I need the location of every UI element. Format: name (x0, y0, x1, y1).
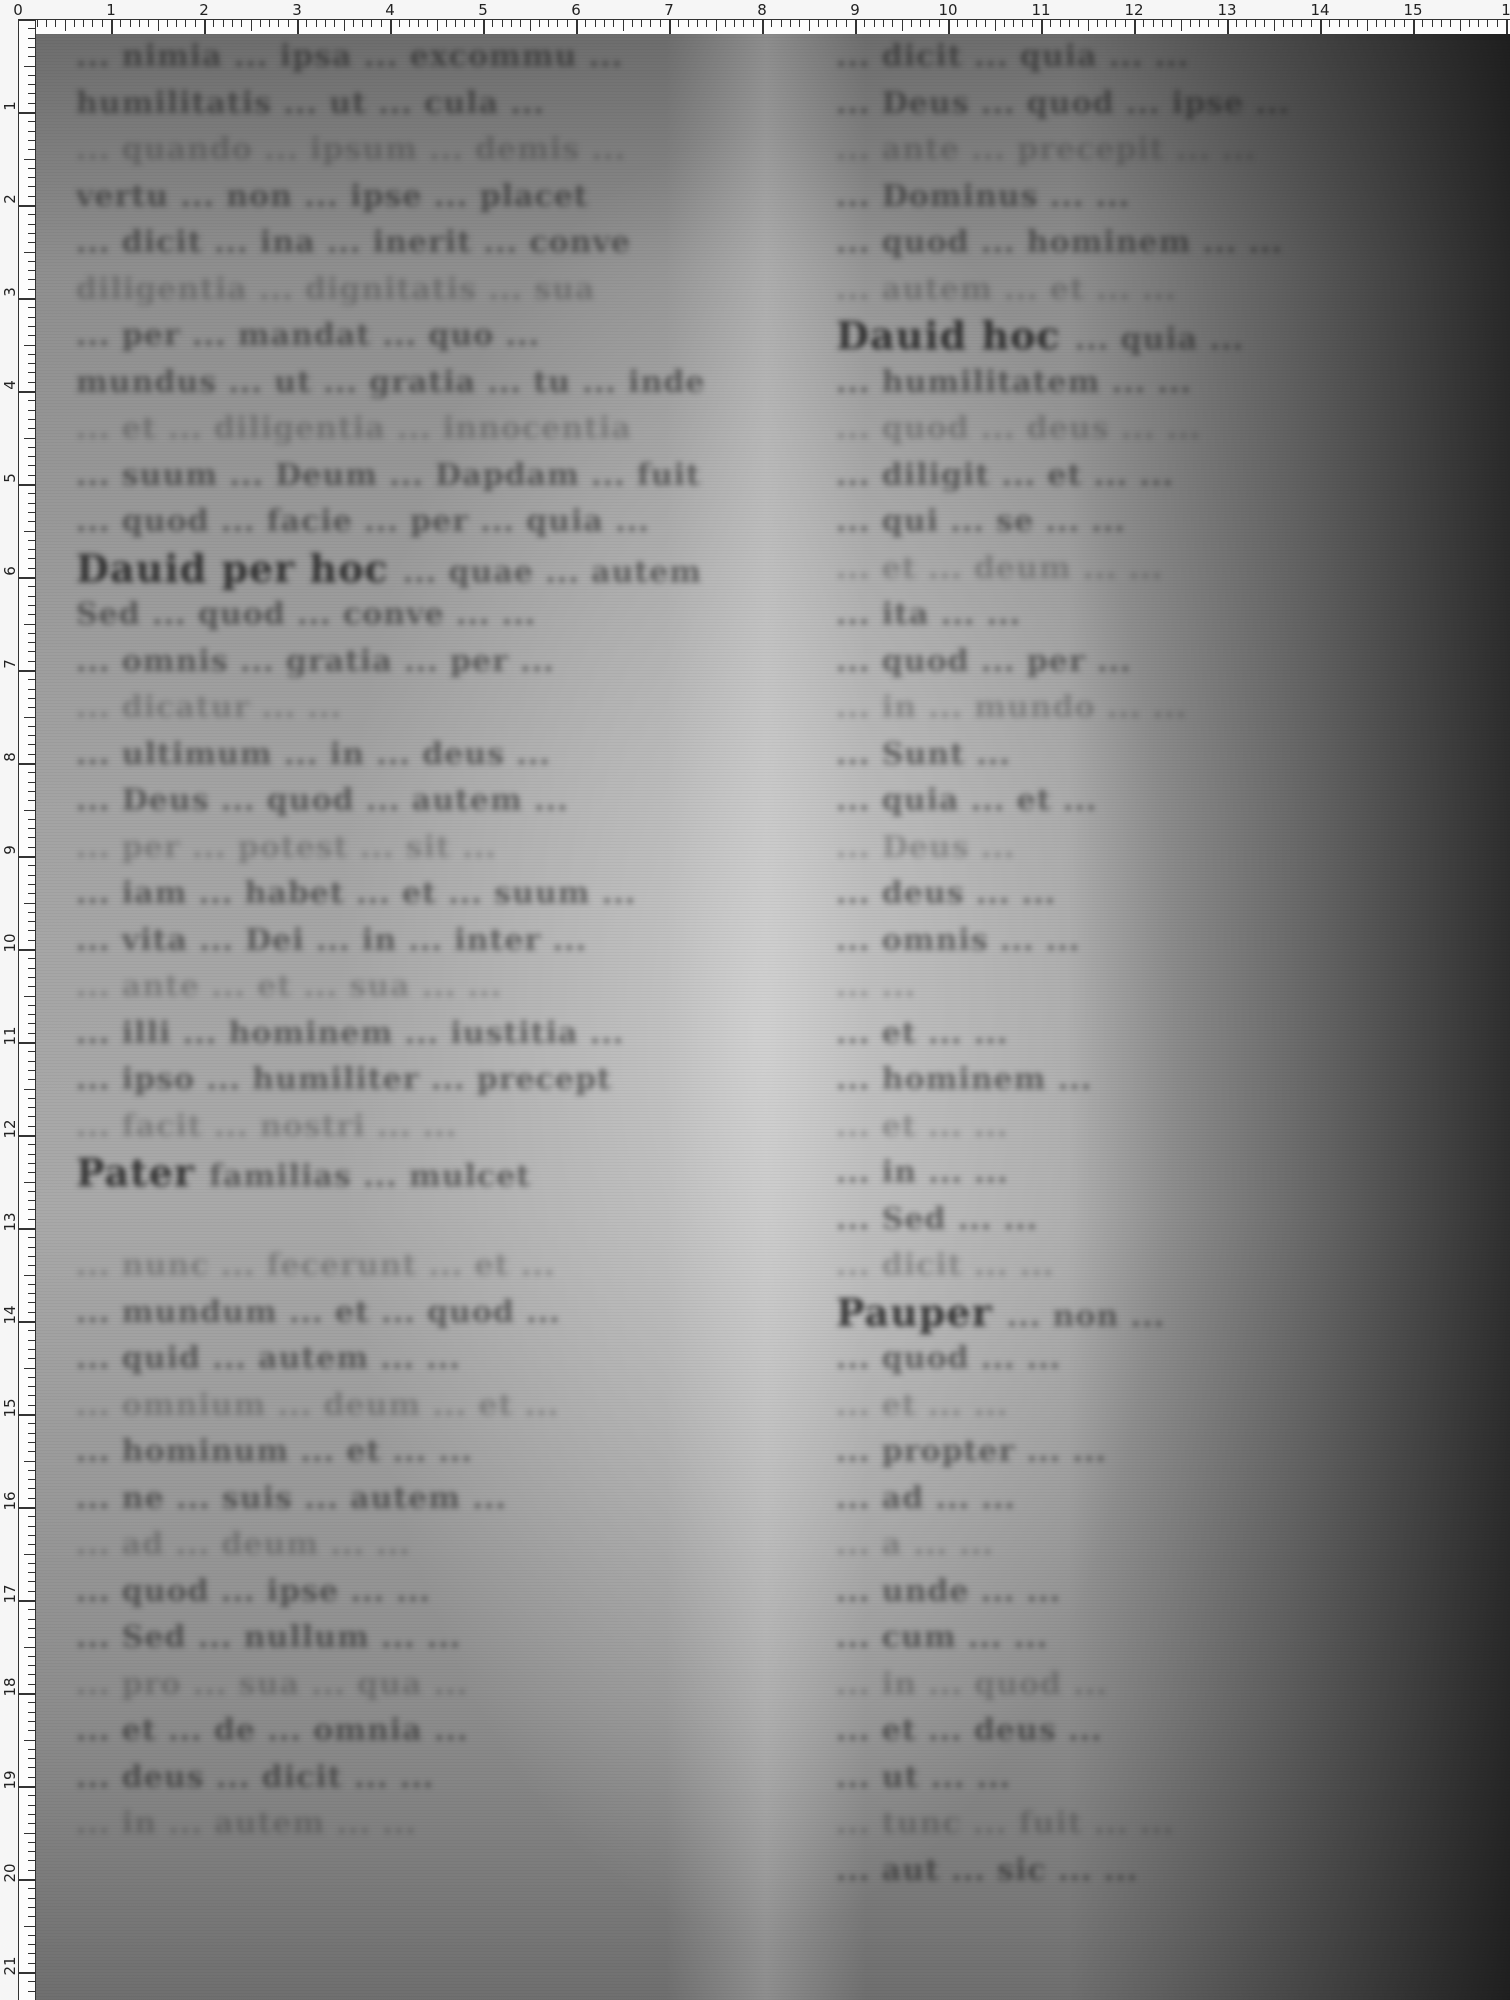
ruler-tick (28, 512, 35, 513)
ruler-tick (28, 1405, 35, 1406)
ruler-tick (185, 20, 186, 27)
ruler-tick (520, 20, 521, 27)
ruler-tick (28, 679, 35, 680)
ruler-tick (344, 20, 345, 31)
ruler-tick (278, 20, 279, 27)
ruler-tick (28, 1442, 35, 1443)
ruler-tick (28, 335, 35, 336)
ruler-tick (660, 20, 661, 27)
ruler-tick (1283, 20, 1284, 27)
ruler-tick (1432, 20, 1433, 27)
top-ruler-label: 1 (1501, 1, 1510, 19)
ruler-tick (28, 1098, 35, 1099)
ruler-tick (623, 20, 624, 31)
left-ruler-label: 13 (1, 1212, 19, 1232)
ruler-tick (725, 20, 726, 27)
ruler-tick (28, 75, 35, 76)
left-ruler-label: 11 (1, 1026, 19, 1046)
ruler-tick (995, 20, 996, 31)
ruler-tick (28, 428, 35, 429)
manuscript-line: ... hominem ... (836, 1057, 1476, 1104)
manuscript-line: ... propter ... ... (836, 1429, 1476, 1476)
ruler-tick (28, 1061, 35, 1062)
ruler-tick (1292, 20, 1293, 27)
top-ruler-label: 15 (1403, 1, 1422, 19)
manuscript-line: ... cum ... ... (836, 1615, 1476, 1662)
ruler-tick (1441, 20, 1442, 27)
ruler-tick (1013, 20, 1014, 27)
manuscript-line: ... quod ... ... (836, 1336, 1476, 1383)
ruler-tick (19, 1414, 35, 1416)
ruler-tick (28, 689, 35, 690)
manuscript-line: ... ad ... ... (836, 1476, 1476, 1523)
ruler-tick (28, 47, 35, 48)
ruler-tick (1404, 20, 1405, 27)
ruler-tick (28, 410, 35, 411)
ruler-tick (28, 1944, 35, 1945)
ruler-tick (28, 1284, 35, 1285)
ruler-tick (567, 20, 568, 27)
manuscript-line: ... quod ... per ... (836, 639, 1476, 686)
ruler-tick (1199, 20, 1200, 27)
ruler-tick (204, 20, 206, 35)
left-ruler-label: 21 (1, 1956, 19, 1976)
ruler-tick (28, 475, 35, 476)
manuscript-line: ... quod ... deus ... ... (836, 406, 1476, 453)
manuscript-line: ... Sunt ... (836, 732, 1476, 779)
heading-word: Dauid hoc (836, 313, 1075, 358)
left-ruler-label: 3 (1, 282, 19, 302)
manuscript-line: ... in ... mundo ... ... (836, 685, 1476, 732)
ruler-tick (28, 1219, 35, 1220)
rubric-heading: Dauid hoc ... quia ... (836, 313, 1476, 360)
top-ruler-label: 5 (478, 1, 488, 19)
ruler-tick (557, 20, 558, 27)
ruler-tick (28, 1051, 35, 1052)
ruler-tick (19, 856, 35, 858)
ruler-tick (28, 837, 35, 838)
ruler-tick (809, 20, 810, 31)
ruler-tick (28, 289, 35, 290)
ruler-tick (28, 1916, 35, 1917)
heading-word: Pater (76, 1150, 209, 1195)
ruler-tick (28, 930, 35, 931)
top-ruler-labels: 01234567891011121314151 (18, 0, 1510, 18)
ruler-tick (19, 763, 35, 765)
ruler-tick (19, 19, 35, 21)
ruler-tick (28, 103, 35, 104)
ruler-tick (1311, 20, 1312, 27)
ruler-tick (28, 1860, 35, 1861)
ruler-tick (706, 20, 707, 27)
ruler-tick (28, 1070, 35, 1071)
ruler-tick (28, 596, 35, 597)
left-ruler-label: 14 (1, 1305, 19, 1325)
ruler-tick (28, 149, 35, 150)
ruler-tick (28, 372, 35, 373)
ruler-tick (28, 1991, 35, 1992)
manuscript-line: ... Deus ... quod ... ipse ... (836, 81, 1476, 128)
ruler-tick (28, 1712, 35, 1713)
ruler-tick (604, 20, 605, 27)
top-ruler-label: 7 (664, 1, 674, 19)
ruler-tick (539, 20, 540, 27)
ruler-tick (28, 958, 35, 959)
ruler-tick (883, 20, 884, 27)
ruler-tick (28, 782, 35, 783)
ruler-tick (28, 1805, 35, 1806)
ruler-tick (818, 20, 819, 27)
ruler-tick (19, 298, 35, 300)
ruler-tick (28, 224, 35, 225)
ruler-tick (1413, 20, 1415, 35)
ruler-tick (362, 20, 363, 27)
ruler-tick (28, 912, 35, 913)
ruler-tick (46, 20, 47, 27)
ruler-tick (948, 20, 950, 35)
ruler-tick (28, 1330, 35, 1331)
ruler-tick (28, 419, 35, 420)
ruler-tick (28, 363, 35, 364)
left-ruler-label: 8 (1, 747, 19, 767)
ruler-tick (28, 1312, 35, 1313)
ruler-tick (28, 242, 35, 243)
ruler-tick (28, 540, 35, 541)
ruler-tick (28, 642, 35, 643)
ruler-tick (176, 20, 177, 27)
ruler-tick (1236, 20, 1237, 27)
left-ruler-label: 1 (1, 96, 19, 116)
ruler-tick (19, 949, 35, 951)
ruler-tick (1115, 20, 1116, 27)
ruler-tick (28, 865, 35, 866)
heading-continuation: ... quia ... (1075, 322, 1244, 357)
ruler-tick (28, 1349, 35, 1350)
manuscript-line: ... Dominus ... ... (836, 174, 1476, 221)
ruler-tick (28, 1963, 35, 1964)
ruler-tick (260, 20, 261, 27)
heading-continuation: familias ... mulcet (209, 1159, 531, 1194)
ruler-tick (28, 1172, 35, 1173)
manuscript-line: ... quia ... et ... (836, 778, 1476, 825)
left-text-column: ... nimia ... ipsa ... excommu ...humili… (76, 34, 706, 1848)
ruler-tick (28, 447, 35, 448)
ruler-tick (28, 875, 35, 876)
ruler-tick (19, 1507, 35, 1509)
ruler-tick (688, 20, 689, 27)
manuscript-line: ... in ... autem ... ... (76, 1801, 706, 1848)
ruler-tick (28, 400, 35, 401)
ruler-tick (1329, 20, 1330, 27)
manuscript-line: ... humilitatem ... ... (836, 360, 1476, 407)
ruler-tick (929, 20, 930, 27)
ruler-tick (148, 20, 149, 27)
ruler-tick (28, 661, 35, 662)
left-ruler-label: 20 (1, 1863, 19, 1883)
ruler-tick (790, 20, 791, 27)
ruler-tick (28, 1684, 35, 1685)
ruler-tick (28, 847, 35, 848)
ruler-tick (28, 754, 35, 755)
ruler-tick (28, 1033, 35, 1034)
ruler-tick (28, 549, 35, 550)
ruler-tick (511, 20, 512, 27)
left-ruler-label: 6 (1, 561, 19, 581)
ruler-tick (939, 20, 940, 27)
manuscript-line: ... Sed ... ... (836, 1197, 1476, 1244)
ruler-tick (28, 1265, 35, 1266)
ruler-tick (19, 1321, 35, 1323)
ruler-tick (232, 20, 233, 27)
ruler-tick (28, 38, 35, 39)
ruler-tick (28, 1200, 35, 1201)
ruler-tick (28, 307, 35, 308)
ruler-tick (1348, 20, 1349, 27)
ruler-tick (28, 1191, 35, 1192)
ruler-tick (678, 20, 679, 27)
left-ruler-label: 17 (1, 1584, 19, 1604)
manuscript-line: ... Deus ... (836, 825, 1476, 872)
ruler-tick (613, 20, 614, 27)
manuscript-line: ... quod ... hominem ... ... (836, 220, 1476, 267)
ruler-tick (28, 605, 35, 606)
manuscript-line: ... per ... potest ... sit ... (76, 825, 706, 872)
ruler-tick (1190, 20, 1191, 27)
ruler-tick (1032, 20, 1033, 27)
ruler-tick (28, 651, 35, 652)
ruler-tick (24, 1461, 35, 1462)
top-ruler-label: 9 (850, 1, 860, 19)
ruler-tick (483, 20, 485, 35)
ruler-tick (1181, 20, 1182, 31)
ruler-tick (28, 354, 35, 355)
ruler-tick (28, 1340, 35, 1341)
manuscript-line: ... ... (836, 964, 1476, 1011)
ruler-tick (28, 558, 35, 559)
ruler-tick (1134, 20, 1136, 35)
ruler-tick (28, 1777, 35, 1778)
ruler-tick (28, 1619, 35, 1620)
left-ruler-label: 2 (1, 189, 19, 209)
ruler-tick (19, 1786, 35, 1788)
manuscript-line: ... dicit ... quia ... ... (836, 34, 1476, 81)
ruler-tick (297, 20, 299, 35)
ruler-tick (28, 1767, 35, 1768)
ruler-tick (28, 1563, 35, 1564)
ruler-tick (697, 20, 698, 27)
manuscript-line: ... qui ... se ... ... (836, 499, 1476, 546)
ruler-tick (28, 465, 35, 466)
ruler-tick (1050, 20, 1051, 27)
ruler-tick (864, 20, 865, 27)
ruler-tick (1478, 20, 1479, 27)
ruler-tick (130, 20, 131, 27)
ruler-tick (28, 1433, 35, 1434)
manuscript-line: ... iam ... habet ... et ... suum ... (76, 871, 706, 918)
ruler-tick (28, 1535, 35, 1536)
ruler-tick (1004, 20, 1005, 27)
ruler-tick (28, 1154, 35, 1155)
ruler-tick (28, 1795, 35, 1796)
manuscript-line: vertu ... non ... ipse ... placet (76, 174, 706, 221)
manuscript-line: ... ante ... et ... sua ... ... (76, 964, 706, 1011)
ruler-tick (65, 20, 66, 31)
ruler-tick (28, 493, 35, 494)
ruler-tick (55, 20, 56, 27)
ruler-tick (976, 20, 977, 27)
heading-word: Pauper (836, 1290, 1007, 1335)
ruler-tick (781, 20, 782, 27)
ruler-tick (19, 1042, 35, 1044)
ruler-tick (74, 20, 75, 27)
ruler-tick (1218, 20, 1219, 27)
ruler-tick (771, 20, 772, 27)
ruler-tick (28, 233, 35, 234)
top-ruler-label: 1 (106, 1, 116, 19)
ruler-tick (37, 20, 38, 27)
ruler-tick (28, 819, 35, 820)
manuscript-line: ... in ... ... (836, 1150, 1476, 1197)
ruler-tick (167, 20, 168, 27)
ruler-tick (1246, 20, 1247, 27)
ruler-tick (1497, 20, 1498, 27)
ruler-tick (28, 1591, 35, 1592)
ruler-tick (24, 1926, 35, 1927)
ruler-tick (28, 1749, 35, 1750)
ruler-tick (28, 800, 35, 801)
ruler-tick (1088, 20, 1089, 31)
ruler-tick (325, 20, 326, 27)
ruler-tick (911, 20, 912, 27)
ruler-tick (28, 614, 35, 615)
ruler-tick (28, 791, 35, 792)
ruler-tick (19, 1228, 35, 1230)
ruler-tick (920, 20, 921, 27)
ruler-tick (28, 56, 35, 57)
ruler-tick (1385, 20, 1386, 27)
left-ruler: 123456789101112131415161718192021 (0, 19, 36, 2000)
ruler-tick (28, 1823, 35, 1824)
ruler-tick (28, 772, 35, 773)
manuscript-line: ... et ... deum ... ... (836, 546, 1476, 593)
ruler-tick (418, 20, 419, 27)
ruler-tick (28, 633, 35, 634)
ruler-tick (892, 20, 893, 27)
ruler-tick (28, 1423, 35, 1424)
ruler-tick (24, 1647, 35, 1648)
manuscript-line: ... et ... deus ... (836, 1708, 1476, 1755)
ruler-tick (28, 1498, 35, 1499)
ruler-tick (28, 1256, 35, 1257)
ruler-tick (28, 726, 35, 727)
ruler-tick (28, 1377, 35, 1378)
ruler-tick (28, 28, 35, 29)
ruler-tick (19, 484, 35, 486)
left-ruler-label: 4 (1, 375, 19, 395)
ruler-tick (585, 20, 586, 27)
ruler-tick (28, 1628, 35, 1629)
ruler-tick (28, 177, 35, 178)
ruler-tick (464, 20, 465, 27)
ruler-tick (28, 503, 35, 504)
ruler-tick (371, 20, 372, 27)
ruler-tick (92, 20, 93, 27)
manuscript-line: ... facit ... nostri ... ... (76, 1104, 706, 1151)
ruler-tick (28, 1470, 35, 1471)
ruler-tick (1394, 20, 1395, 27)
left-ruler-label: 12 (1, 1119, 19, 1139)
ruler-tick (19, 577, 35, 579)
manuscript-line: ... Sed ... nullum ... ... (76, 1615, 706, 1662)
ruler-tick (28, 1842, 35, 1843)
left-ruler-label: 16 (1, 1491, 19, 1511)
ruler-tick (28, 382, 35, 383)
ruler-tick (28, 1479, 35, 1480)
ruler-tick (28, 1302, 35, 1303)
ruler-tick (28, 261, 35, 262)
ruler-tick (28, 121, 35, 122)
left-ruler-bar (18, 19, 36, 2000)
ruler-tick (399, 20, 400, 27)
ruler-tick (1450, 20, 1451, 27)
ruler-tick (24, 1833, 35, 1834)
manuscript-line: ... suum ... Deum ... Dapdam ... fuit (76, 453, 706, 500)
manuscript-line: ... quid ... autem ... ... (76, 1336, 706, 1383)
ruler-tick (967, 20, 968, 27)
ruler-tick (28, 1386, 35, 1387)
ruler-tick (28, 1144, 35, 1145)
ruler-tick (28, 168, 35, 169)
manuscript-line: Sed ... quod ... conve ... ... (76, 592, 706, 639)
ruler-tick (390, 20, 392, 35)
top-ruler-label: 3 (292, 1, 302, 19)
manuscript-line: ... diligit ... et ... ... (836, 453, 1476, 500)
ruler-tick (28, 940, 35, 941)
ruler-tick (19, 391, 35, 393)
ruler-tick (28, 1488, 35, 1489)
ruler-tick (28, 698, 35, 699)
ruler-tick (24, 717, 35, 718)
ruler-tick (28, 1581, 35, 1582)
ruler-tick (28, 1544, 35, 1545)
left-ruler-label: 15 (1, 1398, 19, 1418)
ruler-tick (28, 1526, 35, 1527)
ruler-tick (1274, 20, 1275, 31)
ruler-tick (1264, 20, 1265, 27)
ruler-tick (474, 20, 475, 27)
left-ruler-label: 5 (1, 468, 19, 488)
ruler-tick (223, 20, 224, 27)
manuscript-line: ... et ... ... (836, 1011, 1476, 1058)
ruler-tick (1320, 20, 1322, 35)
heading-continuation: ... quae ... autem ... (403, 555, 706, 590)
top-ruler-label: 2 (199, 1, 209, 19)
ruler-tick (24, 252, 35, 253)
ruler-tick (139, 20, 140, 27)
left-ruler-label: 19 (1, 1770, 19, 1790)
ruler-tick (28, 1079, 35, 1080)
ruler-tick (28, 893, 35, 894)
ruler-tick (28, 921, 35, 922)
ruler-tick (641, 20, 642, 27)
ruler-tick (28, 1702, 35, 1703)
ruler-tick (353, 20, 354, 27)
ruler-tick (24, 1275, 35, 1276)
ruler-tick (19, 670, 35, 672)
right-text-column: ... dicit ... quia ... ...... Deus ... q… (836, 34, 1476, 1894)
manuscript-line: ... ad ... deum ... ... (76, 1522, 706, 1569)
ruler-tick (28, 1953, 35, 1954)
